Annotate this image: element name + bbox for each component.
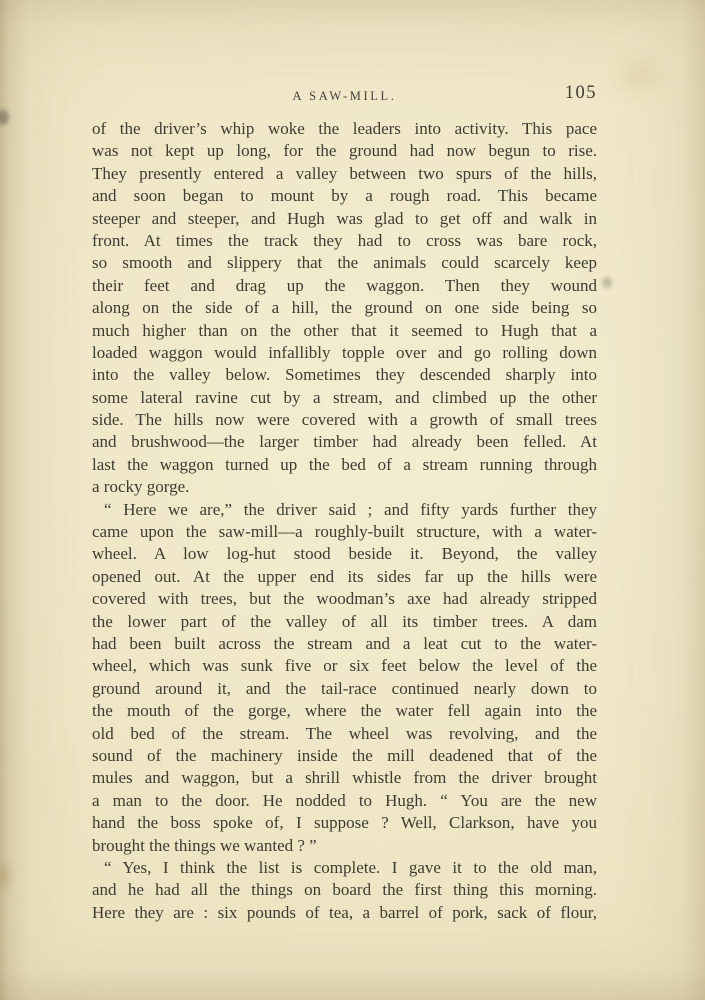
text-line: last the waggon turned up the bed of a s… [92, 454, 597, 476]
text-block: of the driver’s whip woke the leaders in… [92, 118, 597, 924]
book-page: A SAW-MILL. 105 of the driver’s whip wok… [0, 0, 705, 1000]
paragraph: “ Here we are,” the driver said ; and fi… [92, 499, 597, 857]
text-line: opened out. At the upper end its sides f… [92, 566, 597, 588]
text-line: much higher than on the other that it se… [92, 320, 597, 342]
text-line: had been built across the stream and a l… [92, 633, 597, 655]
text-line: came upon the saw-mill—a roughly-built s… [92, 521, 597, 543]
text-line: their feet and drag up the waggon. Then … [92, 275, 597, 297]
text-line: of the driver’s whip woke the leaders in… [92, 118, 597, 140]
paragraph: of the driver’s whip woke the leaders in… [92, 118, 597, 499]
text-line: loaded waggon would infallibly topple ov… [92, 342, 597, 364]
paper-highlight [620, 60, 660, 90]
text-line: old bed of the stream. The wheel was rev… [92, 723, 597, 745]
text-line: steeper and steeper, and Hugh was glad t… [92, 208, 597, 230]
text-line: into the valley below. Sometimes they de… [92, 364, 597, 386]
running-header-title: A SAW-MILL. [293, 89, 397, 104]
text-line: “ Here we are,” the driver said ; and fi… [92, 499, 597, 521]
text-line: hand the boss spoke of, I suppose ? Well… [92, 812, 597, 834]
text-line: along on the side of a hill, the ground … [92, 297, 597, 319]
text-line: the mouth of the gorge, where the water … [92, 700, 597, 722]
text-line: a man to the door. He nodded to Hugh. “ … [92, 790, 597, 812]
text-line: mules and waggon, but a shrill whistle f… [92, 767, 597, 789]
text-line: a rocky gorge. [92, 476, 597, 498]
text-line: the lower part of the valley of all its … [92, 611, 597, 633]
text-line: ground around it, and the tail-race cont… [92, 678, 597, 700]
page-number: 105 [565, 83, 597, 104]
text-line: brought the things we wanted ? ” [92, 835, 597, 857]
text-line: side. The hills now were covered with a … [92, 409, 597, 431]
paper-smudge [602, 277, 612, 288]
paragraph: “ Yes, I think the list is complete. I g… [92, 857, 597, 924]
text-line: some lateral ravine cut by a stream, and… [92, 387, 597, 409]
text-line: wheel. A low log-hut stood beside it. Be… [92, 543, 597, 565]
text-line: front. At times the track they had to cr… [92, 230, 597, 252]
paper-smudge [0, 110, 9, 125]
text-line: was not kept up long, for the ground had… [92, 140, 597, 162]
text-line: “ Yes, I think the list is complete. I g… [92, 857, 597, 879]
text-line: and he had all the things on board the f… [92, 879, 597, 901]
text-line: wheel, which was sunk five or six feet b… [92, 655, 597, 677]
text-line: covered with trees, but the woodman’s ax… [92, 588, 597, 610]
text-line: and brushwood—the larger timber had alre… [92, 431, 597, 453]
page-header: A SAW-MILL. 105 [92, 85, 597, 105]
text-line: and soon began to mount by a rough road.… [92, 185, 597, 207]
text-line: Here they are : six pounds of tea, a bar… [92, 902, 597, 924]
paper-smudge [0, 864, 10, 888]
text-line: so smooth and slippery that the animals … [92, 252, 597, 274]
text-line: They presently entered a valley between … [92, 163, 597, 185]
text-line: sound of the machinery inside the mill d… [92, 745, 597, 767]
